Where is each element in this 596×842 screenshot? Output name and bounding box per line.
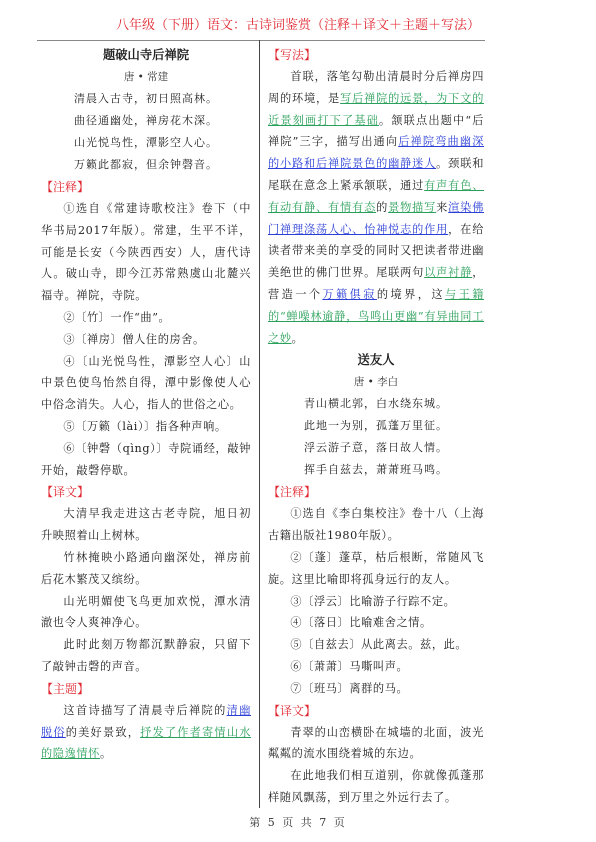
translation-paragraph: 竹林掩映小路通向幽深处，禅房前后花木繁茂又缤纷。 [41, 547, 251, 591]
poem-line: 山光悦鸟性，潭影空人心。 [41, 132, 251, 154]
poem-line: 曲径通幽处，禅房花木深。 [41, 110, 251, 132]
section-label-notes: 【注释】 [41, 176, 251, 198]
section-label-method: 【写法】 [268, 44, 484, 66]
translation-paragraph: 在此地我们相互道别，你就像孤蓬那样随风飘荡，到万里之外远行去了。 [268, 765, 484, 809]
poem-title: 题破山寺后禅院 [41, 44, 251, 66]
note-item: ⑥〔钟磬（qìng）〕寺院诵经，敲钟开始，敲磬停歇。 [41, 438, 251, 482]
poem-line: 青山横北郭，白水绕东城。 [268, 393, 484, 415]
left-column: 题破山寺后禅院 唐 • 常建 清晨入古寺，初日照高林。 曲径通幽处，禅房花木深。… [41, 44, 251, 765]
poem-author: 唐 • 李白 [268, 371, 484, 393]
theme-text: 这首诗描写了清晨寺后禅院的 [63, 704, 226, 717]
page-number: 第 5 页 共 7 页 [0, 814, 596, 830]
note-item: ③〔浮云〕比喻游子行踪不定。 [268, 591, 484, 613]
method-paragraph: 首联，落笔勾勒出清晨时分后禅房四周的环境，是写后禅院的远景，为下文的近景刻画打下… [268, 66, 484, 349]
highlight-green: 景物描写 [388, 201, 436, 214]
note-item: ①选自《常建诗歌校注》卷下（中华书局2017年版）。常建，生平不详，可能是长安（… [41, 198, 251, 307]
poem-title: 送友人 [268, 349, 484, 371]
poem-line: 此地一为别，孤蓬万里征。 [268, 415, 484, 437]
section-label-notes: 【注释】 [268, 481, 484, 503]
translation-paragraph: 大清早我走进这古老寺院，旭日初升映照着山上树林。 [41, 503, 251, 547]
top-divider [37, 40, 485, 41]
poem-line: 清晨入古寺，初日照高林。 [41, 88, 251, 110]
method-text: 的境界，这 [377, 288, 445, 301]
right-column: 【写法】 首联，落笔勾勒出清晨时分后禅房四周的环境，是写后禅院的远景，为下文的近… [268, 44, 484, 809]
method-text: 的 [376, 201, 388, 214]
poem-line: 挥手自兹去，萧萧班马鸣。 [268, 459, 484, 481]
note-item: ④〔山光悦鸟性，潭影空人心〕山中景色使鸟怡然自得，潭中影像使人心中俗念消失。人心… [41, 351, 251, 416]
page-header-title: 八年级（下册）语文：古诗词鉴赏（注释＋译文＋主题＋写法） [0, 14, 596, 33]
translation-paragraph: 山光明媚使飞鸟更加欢悦，潭水清澈也令人爽神净心。 [41, 591, 251, 635]
column-divider [259, 40, 260, 808]
section-label-theme: 【主题】 [41, 678, 251, 700]
note-item: ⑥〔萧萧〕马嘶叫声。 [268, 656, 484, 678]
note-item: ②〔竹〕一作“曲”。 [41, 307, 251, 329]
poem-line: 万籁此都寂，但余钟磬音。 [41, 154, 251, 176]
note-item: ⑤〔万籁（lài）〕指各种声响。 [41, 416, 251, 438]
theme-text: 的美好景致， [66, 726, 140, 739]
poem-line: 浮云游子意，落日故人情。 [268, 437, 484, 459]
poem-author: 唐 • 常建 [41, 66, 251, 88]
translation-paragraph: 此时此刻万物都沉默静寂，只留下了敲钟击磬的声音。 [41, 634, 251, 678]
theme-text: 。 [100, 747, 112, 760]
section-label-translation: 【译文】 [268, 700, 484, 722]
highlight-blue: 万籁俱寂 [322, 288, 376, 301]
note-item: ④〔落日〕比喻难舍之情。 [268, 612, 484, 634]
theme-paragraph: 这首诗描写了清晨寺后禅院的清幽脱俗的美好景致，抒发了作者寄情山水的隐逸情怀。 [41, 700, 251, 765]
method-text: 。 [292, 332, 304, 345]
section-label-translation: 【译文】 [41, 481, 251, 503]
method-text: 来 [436, 201, 448, 214]
note-item: ③〔禅房〕僧人住的房舍。 [41, 329, 251, 351]
highlight-green: 以声衬静 [424, 266, 472, 279]
note-item: ⑦〔班马〕离群的马。 [268, 678, 484, 700]
note-item: ⑤〔自兹去〕从此离去。兹，此。 [268, 634, 484, 656]
translation-paragraph: 青翠的山峦横卧在城墙的北面，波光粼粼的流水围绕着城的东边。 [268, 722, 484, 766]
note-item: ②〔蓬〕蓬草，枯后根断，常随风飞旋。这里比喻即将孤身远行的友人。 [268, 547, 484, 591]
note-item: ①选自《李白集校注》卷十八（上海古籍出版社1980年版）。 [268, 503, 484, 547]
